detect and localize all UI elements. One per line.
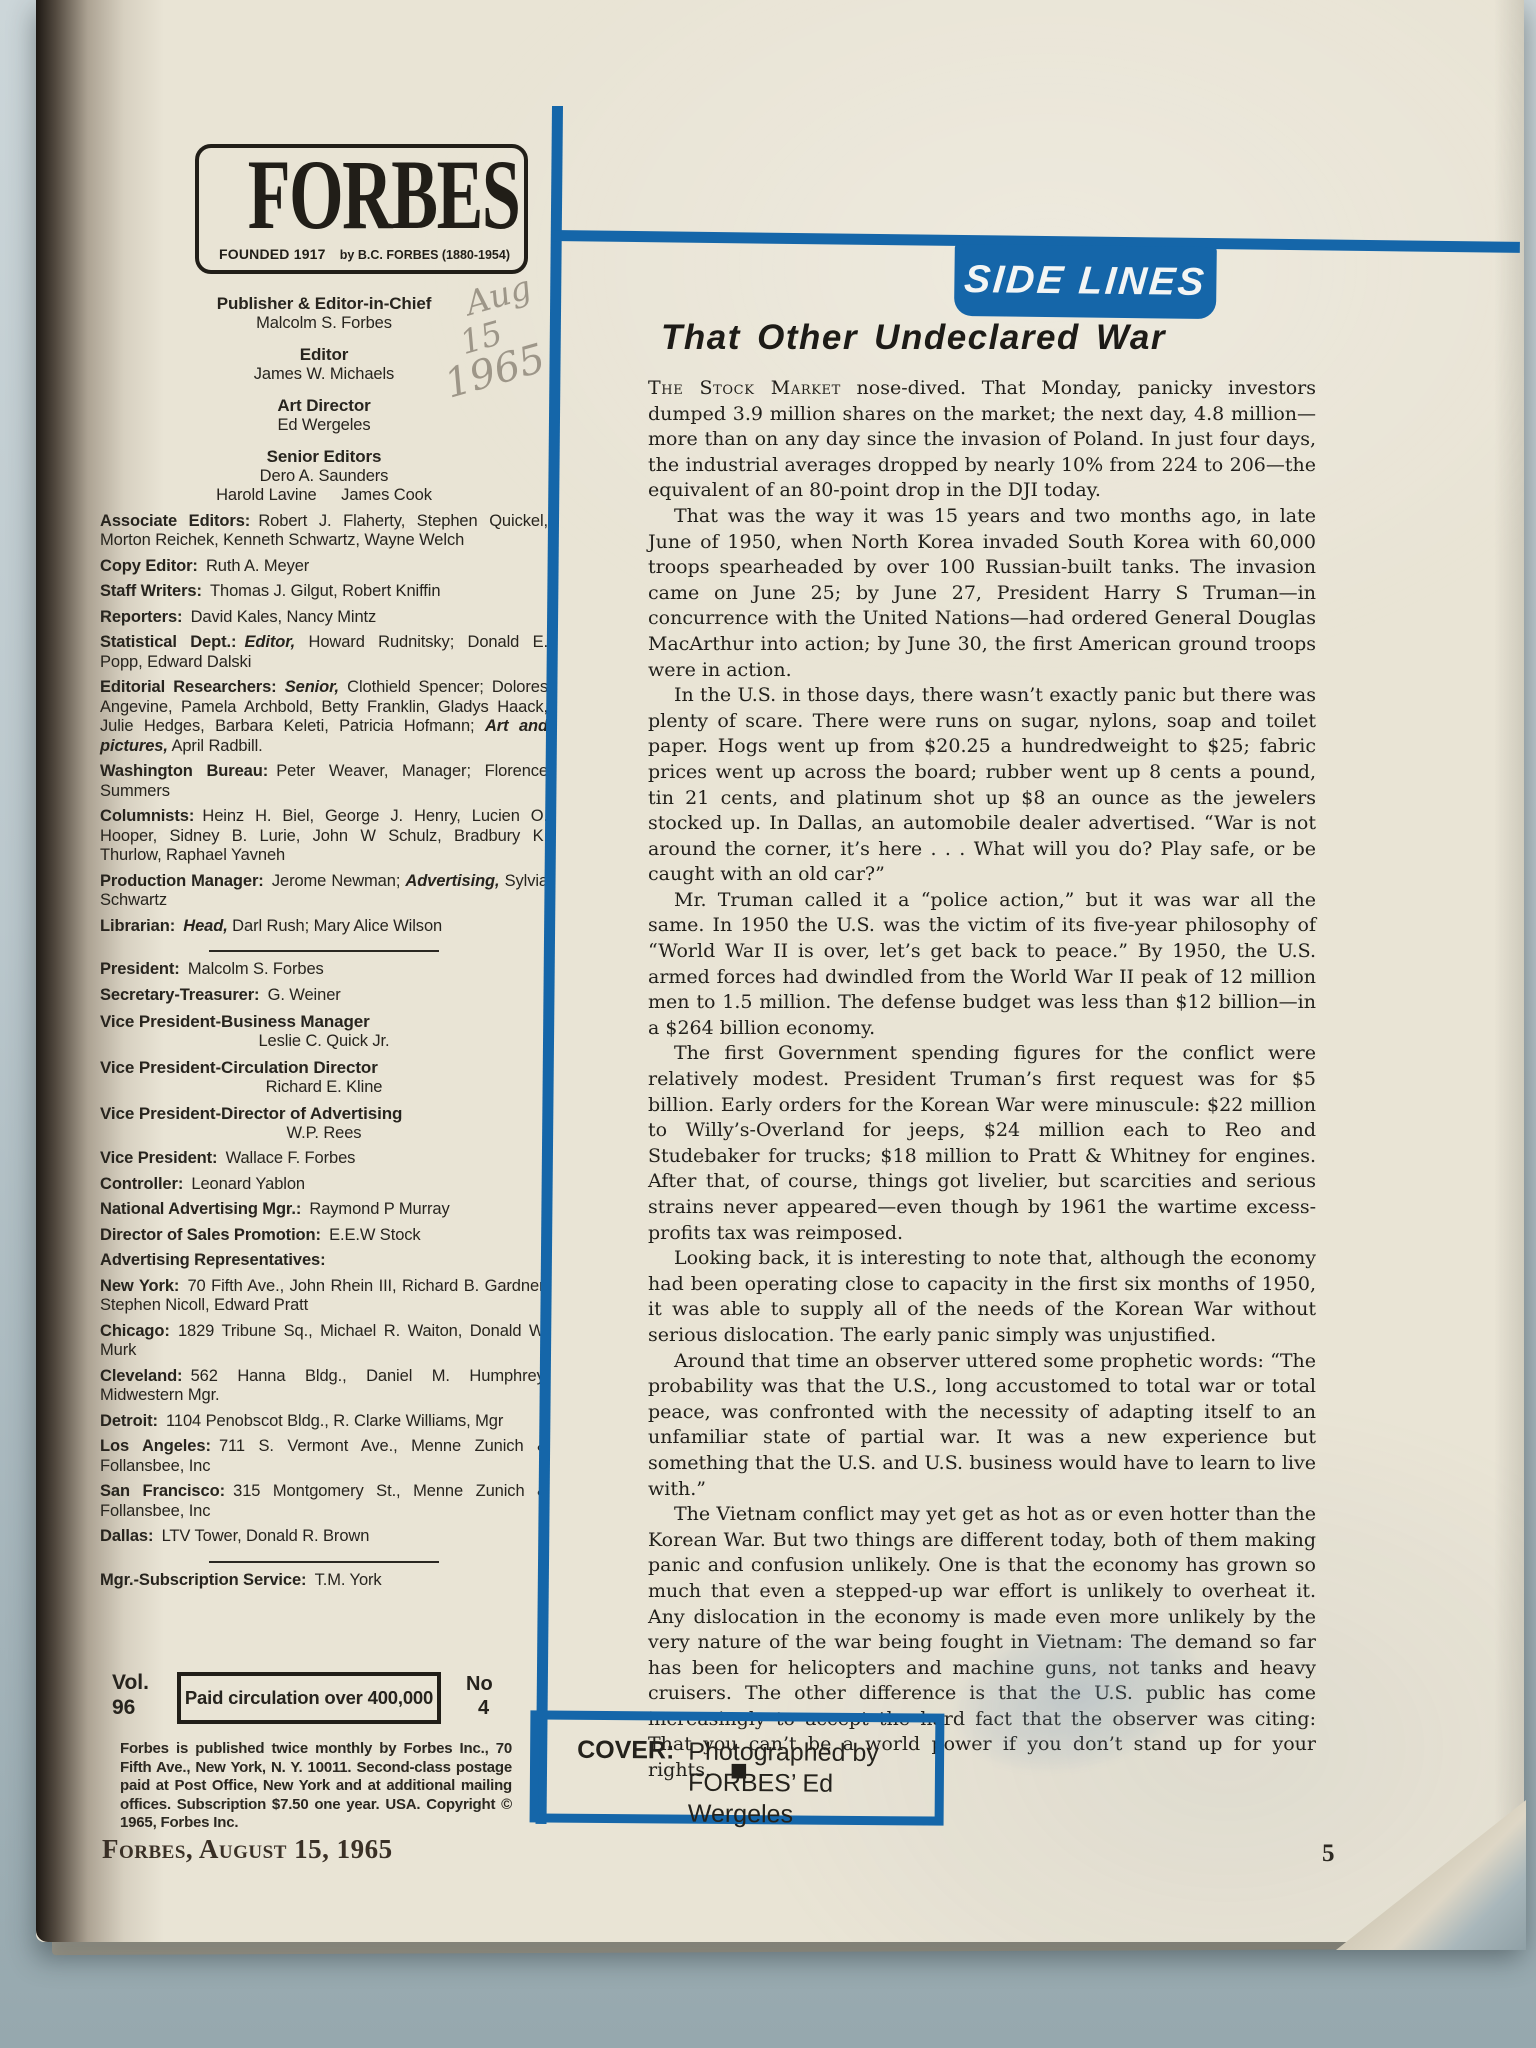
masthead-entry: Director of Sales Promotion: E.E.W Stock — [100, 1226, 548, 1246]
article-paragraph: The Stock Market nose-dived. That Monday… — [648, 376, 1316, 504]
issue-number-label: No 4 — [466, 1672, 493, 1720]
masthead-text: 1104 Penobscot Bldg., R. Clarke Williams… — [166, 1412, 503, 1430]
volume-label: Vol. 96 — [112, 1670, 149, 1720]
article-paragraph: The first Government spending figures fo… — [648, 1041, 1316, 1246]
masthead-entry: Senior EditorsDero A. SaundersHarold Lav… — [100, 447, 548, 506]
paid-circulation-box: Paid circulation over 400,000 — [177, 1672, 441, 1724]
masthead-entry: Reporters: David Kales, Nancy Mintz — [100, 608, 548, 628]
masthead-entry: Chicago: 1829 Tribune Sq., Michael R. Wa… — [100, 1322, 548, 1361]
masthead-entry: Editorial Researchers: Senior, Clothield… — [100, 678, 548, 756]
masthead-text: Senior, — [285, 678, 339, 696]
masthead-name-line: Dero A. Saunders — [100, 467, 548, 487]
masthead-entry: Librarian: Head, Darl Rush; Mary Alice W… — [100, 917, 548, 937]
masthead-entry: Vice President-Business ManagerLeslie C.… — [100, 1012, 548, 1051]
forbes-logo-title: FORBES — [248, 152, 476, 238]
masthead-role-label: Librarian: — [100, 917, 183, 935]
volume-number: 96 — [112, 1695, 149, 1720]
masthead-role-label: San Francisco: — [100, 1482, 233, 1500]
masthead-entry: Columnists: Heinz H. Biel, George J. Hen… — [100, 807, 548, 866]
masthead-role-label: Editor — [100, 345, 548, 365]
masthead-role-label: Copy Editor: — [100, 557, 206, 575]
masthead-role-label: Cleveland: — [100, 1367, 191, 1385]
masthead-entry: Art DirectorEd Wergeles — [100, 396, 548, 435]
masthead-divider — [209, 1561, 439, 1563]
masthead-role-label: Controller: — [100, 1175, 191, 1193]
masthead-entry: President: Malcolm S. Forbes — [100, 960, 548, 980]
logo-founded-text: FOUNDED 1917 — [219, 246, 326, 262]
masthead-name-line: Richard E. Kline — [100, 1078, 548, 1098]
masthead-text: Leonard Yablon — [191, 1175, 305, 1193]
masthead-entry: Dallas: LTV Tower, Donald R. Brown — [100, 1527, 548, 1547]
masthead-entry: Statistical Dept.: Editor, Howard Rudnit… — [100, 633, 548, 672]
masthead-entry: Mgr.-Subscription Service: T.M. York — [100, 1571, 548, 1591]
article-body: The Stock Market nose-dived. That Monday… — [648, 376, 1316, 1784]
masthead-text: Jerome Newman; — [272, 872, 406, 890]
masthead-role-label: Art Director — [100, 396, 548, 416]
article-title: That Other Undeclared War — [661, 318, 1166, 358]
magazine-page: FORBES FOUNDED 1917 by B.C. FORBES (1880… — [36, 0, 1524, 1942]
masthead-entry: EditorJames W. Michaels — [100, 345, 548, 384]
masthead-role-label: Vice President-Business Manager — [100, 1012, 548, 1032]
masthead-text: Head, — [183, 917, 227, 935]
masthead-text: Ruth A. Meyer — [206, 557, 309, 575]
masthead-text: T.M. York — [315, 1571, 382, 1589]
masthead-role-label: Staff Writers: — [100, 582, 210, 600]
issue-number-word: No — [466, 1672, 493, 1696]
masthead-role-label: Dallas: — [100, 1527, 162, 1545]
masthead-name-line: Harold Lavine James Cook — [100, 486, 548, 506]
masthead-role-label: Mgr.-Subscription Service: — [100, 1571, 315, 1589]
masthead-entry: Detroit: 1104 Penobscot Bldg., R. Clarke… — [100, 1412, 548, 1432]
desk-background: FORBES FOUNDED 1917 by B.C. FORBES (1880… — [0, 0, 1536, 2048]
forbes-logo-subline: FOUNDED 1917 by B.C. FORBES (1880-1954) — [219, 246, 510, 262]
volume-word: Vol. — [112, 1670, 149, 1695]
masthead-role-label: Director of Sales Promotion: — [100, 1226, 329, 1244]
masthead-text: Thomas J. Gilgut, Robert Kniffin — [210, 582, 440, 600]
page-number: 5 — [1322, 1840, 1335, 1868]
masthead-text: Darl Rush; Mary Alice Wilson — [228, 917, 442, 935]
issue-footer: Forbes, August 15, 1965 — [102, 1834, 393, 1865]
cover-credit-line1: Photographed by — [688, 1737, 935, 1770]
masthead-name-line: Malcolm S. Forbes — [100, 314, 548, 334]
article-paragraph: That was the way it was 15 years and two… — [648, 504, 1316, 683]
masthead-role-label: Production Manager: — [100, 872, 272, 890]
masthead-text: Wallace F. Forbes — [226, 1149, 356, 1167]
masthead-role-label: New York: — [100, 1277, 187, 1295]
masthead-role-label: Associate Editors: — [100, 512, 258, 530]
masthead-role-label: Reporters: — [100, 608, 191, 626]
sidelines-badge: SIDE LINES — [954, 244, 1217, 319]
masthead-entry: National Advertising Mgr.: Raymond P Mur… — [100, 1200, 548, 1220]
masthead-text: Editor, — [245, 633, 296, 651]
masthead-role-label: Publisher & Editor-in-Chief — [100, 294, 548, 314]
masthead-role-label: Columnists: — [100, 807, 202, 825]
masthead-role-label: Vice President-Director of Advertising — [100, 1104, 548, 1124]
masthead-text: Advertising, — [405, 872, 499, 890]
masthead-role-label: Vice President-Circulation Director — [100, 1058, 548, 1078]
masthead-entry: Advertising Representatives: — [100, 1251, 548, 1271]
cover-credit-box: COVER: Photographed by FORBES’ Ed Wergel… — [530, 1710, 945, 1825]
article-paragraph: In the U.S. in those days, there wasn’t … — [648, 683, 1316, 888]
masthead-name-line: Leslie C. Quick Jr. — [100, 1032, 548, 1052]
masthead-role-label: Statistical Dept.: — [100, 633, 245, 651]
masthead-entry: New York: 70 Fifth Ave., John Rhein III,… — [100, 1277, 548, 1316]
page-curl — [1336, 1800, 1526, 1950]
masthead-entry: Staff Writers: Thomas J. Gilgut, Robert … — [100, 582, 548, 602]
masthead-entry: Vice President-Director of AdvertisingW.… — [100, 1104, 548, 1143]
masthead-entry: Secretary-Treasurer: G. Weiner — [100, 986, 548, 1006]
logo-byline-text: by B.C. FORBES (1880-1954) — [340, 248, 510, 262]
publication-fine-print: Forbes is published twice monthly by For… — [120, 1740, 512, 1833]
masthead-role-label: Secretary-Treasurer: — [100, 986, 268, 1004]
masthead-name-line: W.P. Rees — [100, 1124, 548, 1144]
masthead-role-label: Los Angeles: — [100, 1437, 219, 1455]
masthead-entry: Production Manager: Jerome Newman; Adver… — [100, 872, 548, 911]
article-paragraph: Around that time an observer uttered som… — [648, 1349, 1316, 1503]
masthead-text: E.E.W Stock — [329, 1226, 421, 1244]
masthead-entry: San Francisco: 315 Montgomery St., Menne… — [100, 1482, 548, 1521]
masthead-name-line: James W. Michaels — [100, 365, 548, 385]
forbes-logo: FORBES FOUNDED 1917 by B.C. FORBES (1880… — [195, 144, 528, 274]
masthead-staff-list: Publisher & Editor-in-ChiefMalcolm S. Fo… — [100, 282, 548, 1590]
cover-credit-line2: FORBES’ Ed Wergeles — [688, 1768, 935, 1832]
masthead-entry: Controller: Leonard Yablon — [100, 1175, 548, 1195]
masthead-role-label: National Advertising Mgr.: — [100, 1200, 309, 1218]
article-paragraph: Looking back, it is interesting to note … — [648, 1246, 1316, 1348]
cover-credit-content: COVER: Photographed by FORBES’ Ed Wergel… — [539, 1719, 936, 1831]
masthead-role-label: Editorial Researchers: — [100, 678, 285, 696]
masthead-role-label: Washington Bureau: — [100, 762, 276, 780]
paid-circulation-text: Paid circulation over 400,000 — [185, 1687, 433, 1709]
cover-credit-lines: Photographed by FORBES’ Ed Wergeles — [688, 1737, 935, 1832]
issue-number-value: 4 — [466, 1696, 493, 1720]
masthead-entry: Associate Editors: Robert J. Flaherty, S… — [100, 512, 548, 551]
masthead-divider — [209, 950, 439, 952]
masthead-role-label: President: — [100, 960, 188, 978]
article-paragraph: Mr. Truman called it a “police action,” … — [648, 888, 1316, 1042]
masthead-entry: Washington Bureau: Peter Weaver, Manager… — [100, 762, 548, 801]
masthead-entry: Vice President-Circulation DirectorRicha… — [100, 1058, 548, 1097]
masthead-entry: Vice President: Wallace F. Forbes — [100, 1149, 548, 1169]
masthead-role-label: Detroit: — [100, 1412, 166, 1430]
masthead-role-label: Senior Editors — [100, 447, 548, 467]
masthead-text: April Radbill. — [168, 737, 263, 755]
cover-label: COVER: — [577, 1736, 675, 1830]
masthead-text: Malcolm S. Forbes — [188, 960, 324, 978]
masthead-entry: Los Angeles: 711 S. Vermont Ave., Menne … — [100, 1437, 548, 1476]
masthead-entry: Cleveland: 562 Hanna Bldg., Daniel M. Hu… — [100, 1367, 548, 1406]
masthead-role-label: Advertising Representatives: — [100, 1251, 326, 1269]
masthead-role-label: Chicago: — [100, 1322, 178, 1340]
masthead-entry: Copy Editor: Ruth A. Meyer — [100, 557, 548, 577]
masthead-role-label: Vice President: — [100, 1149, 226, 1167]
masthead-text: Raymond P Murray — [309, 1200, 449, 1218]
masthead-entry: Publisher & Editor-in-ChiefMalcolm S. Fo… — [100, 294, 548, 333]
masthead-text: G. Weiner — [268, 986, 341, 1004]
article-lead-smallcaps: The Stock Market — [648, 377, 841, 399]
masthead-text: LTV Tower, Donald R. Brown — [162, 1527, 370, 1545]
sidelines-badge-text: SIDE LINES — [963, 258, 1208, 305]
masthead-text: David Kales, Nancy Mintz — [191, 608, 377, 626]
masthead-name-line: Ed Wergeles — [100, 416, 548, 436]
